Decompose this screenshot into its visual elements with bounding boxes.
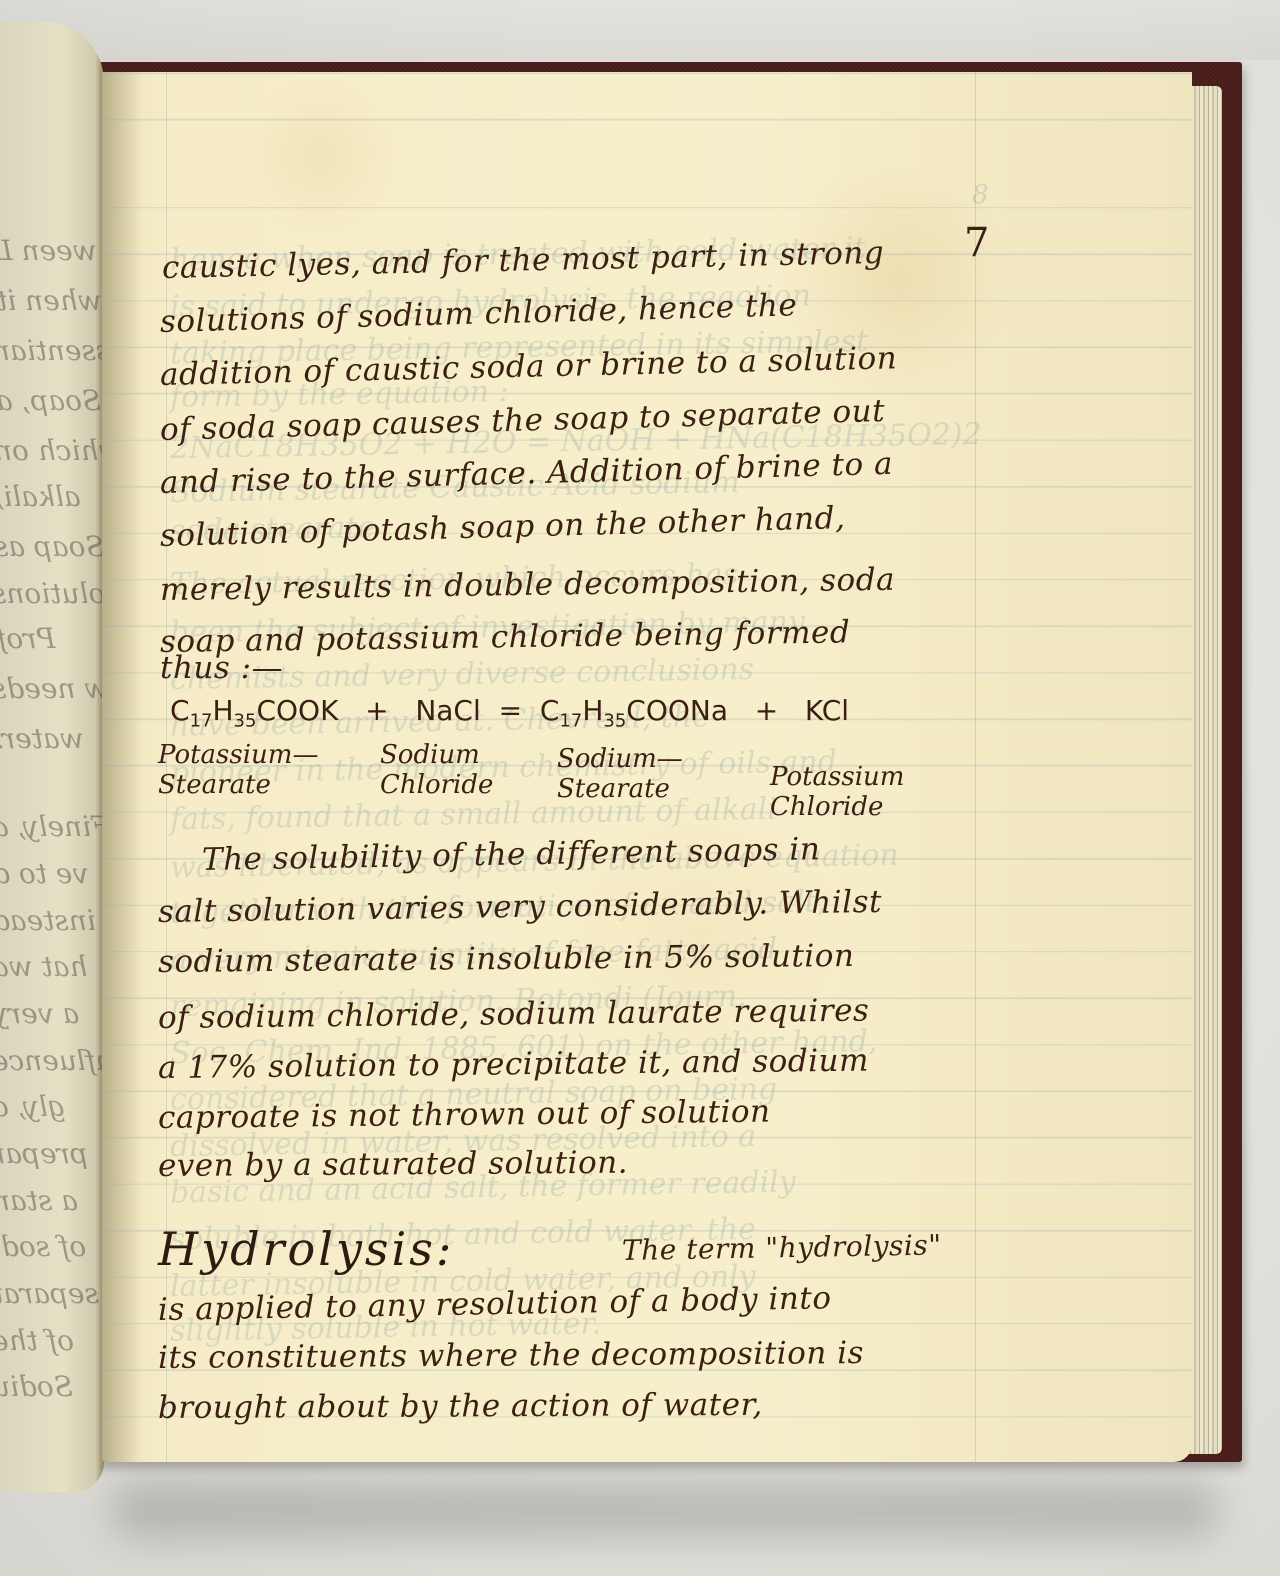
facing-fragment: separat — [0, 1277, 99, 1310]
chemical-equation: C17H35COOK + NaCl = C17H35COONa + KCl — [170, 694, 849, 732]
product-potassium-chloride: KCl — [805, 694, 849, 727]
notebook-page: hence when soap is treated with cold wat… — [102, 72, 1192, 1462]
facing-fragment: influence — [0, 1044, 104, 1077]
body-line: caproate is not thrown out of solution — [158, 1094, 771, 1136]
body-line: of sodium chloride, sodium laurate requi… — [158, 993, 870, 1036]
equation-label-sodium-stearate: Sodium— Stearate — [557, 744, 683, 804]
facing-fragment: Finely, a — [0, 810, 104, 843]
facing-fragment: gly, o — [0, 1090, 66, 1123]
facing-fragment: Solutions — [0, 577, 104, 610]
page-number: 7 — [964, 220, 989, 266]
body-line: its constituents where the decomposition… — [158, 1335, 864, 1376]
right-margin-line — [975, 72, 976, 1462]
equation-label-potassium-stearate: Potassium— Stearate — [158, 740, 318, 800]
equation-label-potassium-chloride: Potassium Chloride — [770, 762, 904, 822]
equals-sign: = — [499, 694, 522, 727]
body-line: a 17% solution to precipitate it, and so… — [158, 1043, 869, 1086]
facing-fragment: instead — [0, 904, 96, 937]
body-line: even by a saturated solution. — [158, 1145, 628, 1184]
facing-fragment: of sodi — [0, 1230, 86, 1263]
facing-fragment: w needs — [0, 672, 104, 705]
facing-fragment: ssentian — [0, 334, 104, 367]
product-sodium-stearate: C17H35COONa — [540, 694, 728, 727]
body-line: thus :— — [160, 650, 283, 686]
facing-fragment: when it — [0, 284, 102, 317]
facing-fragment: ve to d — [0, 857, 88, 890]
facing-fragment: Prof — [0, 622, 55, 655]
body-line: sodium stearate is insoluble in 5% solut… — [158, 938, 855, 980]
photo-stage: ween L when it ssentian Soap, a which on… — [0, 0, 1280, 1576]
facing-fragment: water. — [0, 722, 84, 755]
section-heading-hydrolysis: Hydrolysis: — [158, 1222, 454, 1276]
facing-fragment: a very — [0, 997, 79, 1030]
facing-fragment: of the — [0, 1324, 74, 1357]
plus-sign: + — [365, 694, 388, 727]
facing-fragment: a stan — [0, 1184, 78, 1217]
reactant-potassium-stearate: C17H35COOK — [170, 694, 338, 727]
plus-sign: + — [755, 694, 778, 727]
facing-fragment: prepar — [0, 1137, 88, 1170]
equation-label-sodium-chloride: Sodium Chloride — [380, 740, 493, 800]
book-shadow — [110, 1480, 1220, 1540]
reactant-sodium-chloride: NaCl — [415, 694, 480, 727]
facing-fragment: Soap, a — [0, 384, 101, 417]
facing-fragment: ween L — [0, 234, 97, 267]
facing-fragment: hat wa — [0, 950, 88, 983]
body-line: The term "hydrolysis" — [622, 1228, 942, 1267]
facing-fragment: alkali; — [0, 480, 81, 513]
body-line: brought about by the action of water, — [158, 1387, 763, 1426]
background-shadow — [0, 0, 1280, 60]
facing-fragment: Soap as — [0, 530, 104, 563]
ghost-page-number: 8 — [972, 180, 989, 210]
facing-fragment: which on — [0, 434, 104, 467]
facing-left-page: ween L when it ssentian Soap, a which on… — [0, 22, 104, 1492]
facing-fragment: Sodiu — [0, 1370, 73, 1403]
